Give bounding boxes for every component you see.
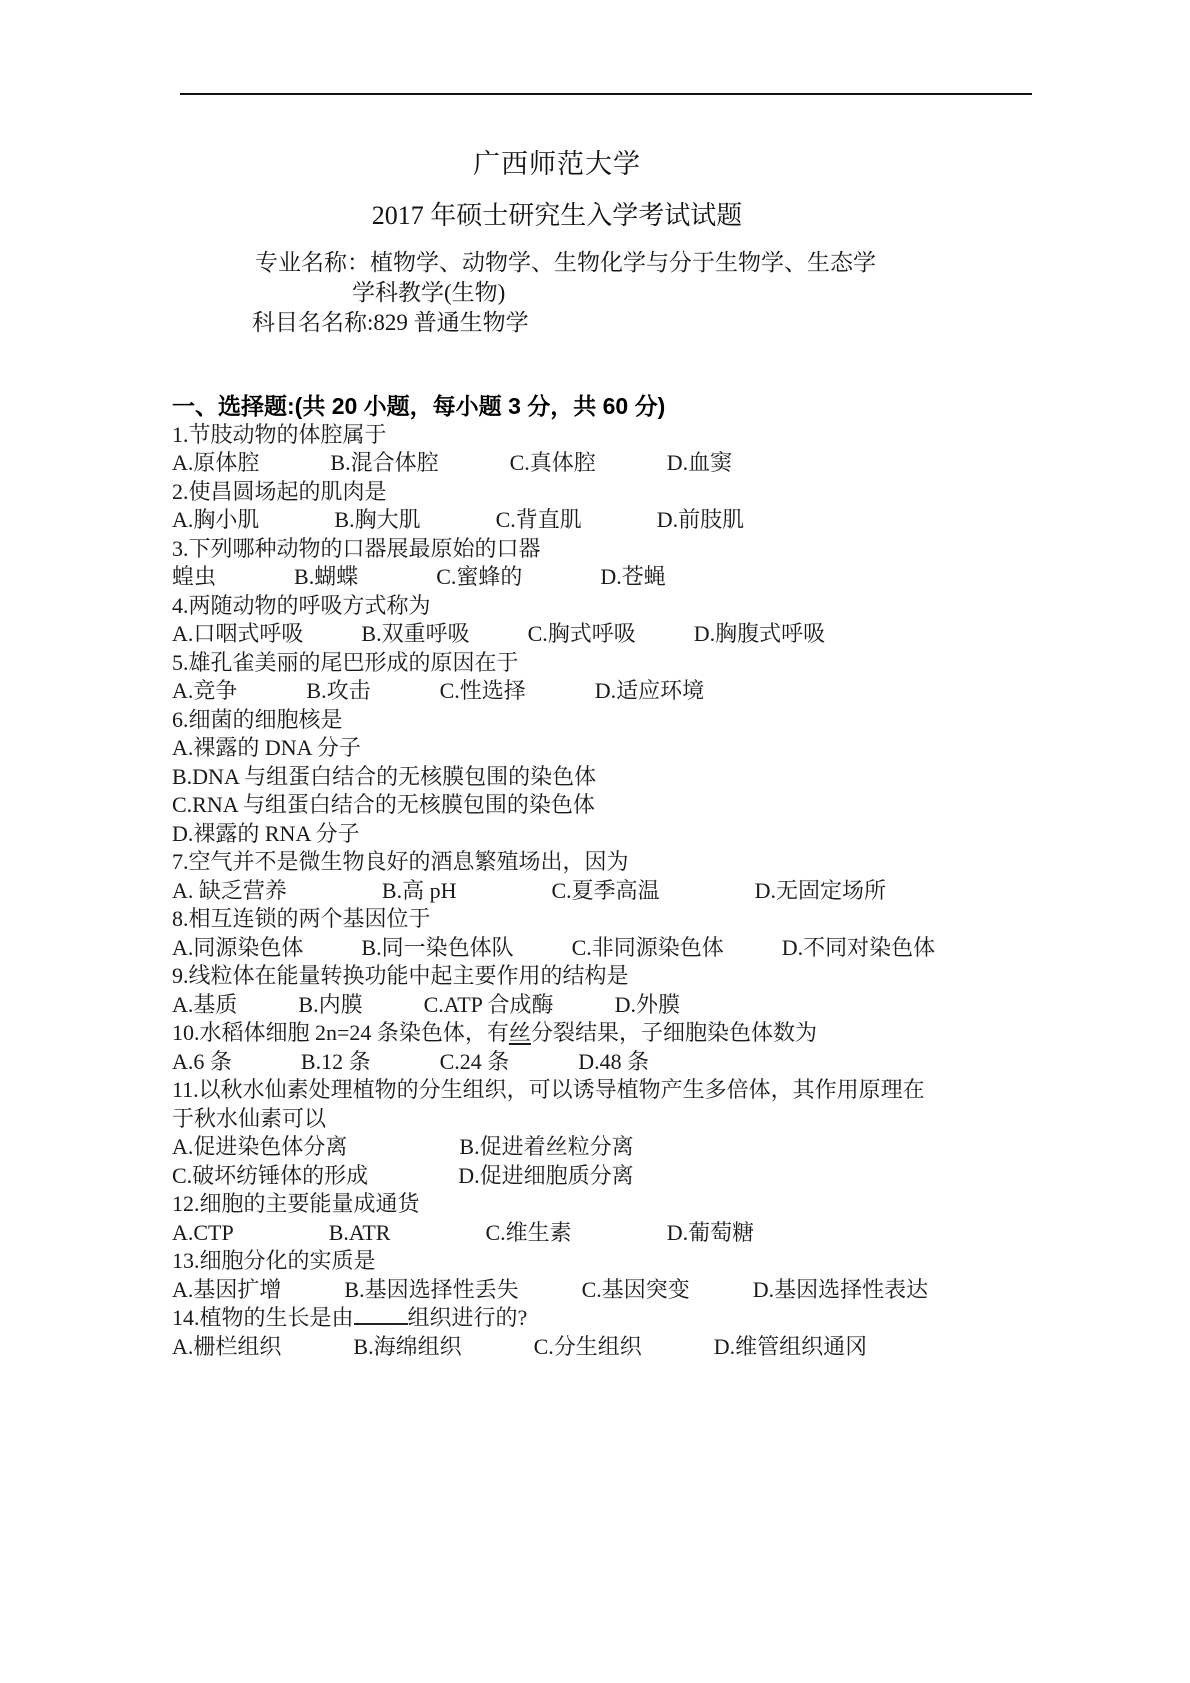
option-label: C.真体腔: [510, 449, 596, 478]
options-line: A.口咽式呼吸B.双重呼吸C.胸式呼吸D.胸腹式呼吸: [172, 620, 1052, 649]
option-label: D.不同对染色体: [782, 934, 935, 963]
question-line: 10.水稻体细胞 2n=24 条染色体，有丝分裂结果，子细胞染色体数为: [172, 1019, 1052, 1048]
question-line: 8.相互连锁的两个基因位于: [172, 905, 1052, 934]
option-label: B.12 条: [301, 1048, 371, 1077]
question-line: C.RNA 与组蛋白结合的无核膜包围的染色体: [172, 791, 1052, 820]
major-line: 专业名称：植物学、动物学、生物化学与分于生物学、生态学: [168, 248, 946, 278]
subject-line: 科目名名称:829 普通生物学: [168, 308, 946, 338]
options-line: A.CTPB.ATRC.维生素D.葡萄糖: [172, 1219, 1052, 1248]
option-label: C.维生素: [486, 1219, 572, 1248]
options-line: A.胸小肌B.胸大肌C.背直肌D.前肢肌: [172, 506, 1052, 535]
section-heading: 一、选择题:(共 20 小题，每小题 3 分，共 60 分): [172, 392, 1052, 421]
options-line: A.促进染色体分离B.促进着丝粒分离: [172, 1133, 1052, 1162]
option-label: D.外膜: [615, 991, 680, 1020]
option-label: B.胸大肌: [334, 506, 420, 535]
question-line: 12.细胞的主要能量成通货: [172, 1190, 1052, 1219]
option-label: C.破坏纺锤体的形成: [172, 1162, 368, 1191]
question-text-segment: 分裂结果，子细胞染色体数为: [531, 1020, 817, 1045]
option-label: B.同一染色体队: [361, 934, 513, 963]
option-label: D.48 条: [578, 1048, 649, 1077]
option-label: A.基质: [172, 991, 237, 1020]
option-label: B.内膜: [298, 991, 362, 1020]
question-line: 13.细胞分化的实质是: [172, 1247, 1052, 1276]
option-label: A.胸小肌: [172, 506, 259, 535]
option-label: C.性选择: [440, 677, 526, 706]
option-label: C.ATP 合成酶: [424, 991, 554, 1020]
question-text-segment: 10.水稻体细胞 2n=24 条染色体，有: [172, 1020, 509, 1045]
option-label: A.基因扩增: [172, 1276, 281, 1305]
option-label: B.蝴蝶: [294, 563, 358, 592]
question-text-segment: 组织进行的?: [408, 1305, 528, 1330]
options-line: A.基质B.内膜C.ATP 合成酶D.外膜: [172, 991, 1052, 1020]
question-line: 6.细菌的细胞核是: [172, 706, 1052, 735]
question-line: B.DNA 与组蛋白结合的无核膜包围的染色体: [172, 763, 1052, 792]
options-line: C.破坏纺锤体的形成D.促进细胞质分离: [172, 1162, 1052, 1191]
question-line: 2.使昌圆场起的肌肉是: [172, 478, 1052, 507]
option-label: B.攻击: [306, 677, 370, 706]
university-title: 广西师范大学: [168, 146, 946, 182]
option-label: D.基因选择性表达: [753, 1276, 928, 1305]
option-label: D.前肢肌: [657, 506, 744, 535]
option-label: C.基因突变: [582, 1276, 690, 1305]
option-label: B.海绵组织: [353, 1333, 461, 1362]
header-rule: [180, 93, 1032, 95]
option-label: D.无固定场所: [755, 877, 886, 906]
options-line: A.6 条B.12 条C.24 条D.48 条: [172, 1048, 1052, 1077]
option-label: D.适应环境: [595, 677, 704, 706]
option-label: A.竞争: [172, 677, 237, 706]
option-label: B.ATR: [329, 1219, 391, 1248]
options-line: A.同源染色体B.同一染色体队C.非同源染色体D.不同对染色体: [172, 934, 1052, 963]
option-label: C.24 条: [440, 1048, 510, 1077]
question-line: 7.空气并不是微生物良好的酒息繁殖场出，因为: [172, 848, 1052, 877]
question-line: 9.线粒体在能量转换功能中起主要作用的结构是: [172, 962, 1052, 991]
option-label: A.原体腔: [172, 449, 259, 478]
option-label: D.促进细胞质分离: [458, 1162, 633, 1191]
option-label: C.背直肌: [496, 506, 582, 535]
option-label: B.促进着丝粒分离: [459, 1133, 633, 1162]
option-label: C.非同源染色体: [572, 934, 724, 963]
option-label: C.夏季高温: [551, 877, 659, 906]
option-label: D.血窦: [667, 449, 732, 478]
question-line: 于秋水仙素可以: [172, 1105, 1052, 1134]
major-line-continued: 学科教学(生物): [168, 278, 946, 308]
question-line: D.裸露的 RNA 分子: [172, 820, 1052, 849]
option-label: B.混合体腔: [330, 449, 438, 478]
option-label: C.胸式呼吸: [528, 620, 636, 649]
option-label: A.6 条: [172, 1048, 232, 1077]
exam-header: 广西师范大学 2017 年硕士研究生入学考试试题 专业名称：植物学、动物学、生物…: [168, 146, 946, 338]
option-label: A.CTP: [172, 1219, 234, 1248]
options-line: A.基因扩增B.基因选择性丢失C.基因突变D.基因选择性表达: [172, 1276, 1052, 1305]
option-label: B.基因选择性丢失: [344, 1276, 518, 1305]
option-label: D.葡萄糖: [667, 1219, 754, 1248]
options-line: A.竞争B.攻击C.性选择D.适应环境: [172, 677, 1052, 706]
option-label: A.促进染色体分离: [172, 1133, 347, 1162]
options-line: A. 缺乏营养B.高 pHC.夏季高温D.无固定场所: [172, 877, 1052, 906]
option-label: A. 缺乏营养: [172, 877, 287, 906]
question-line: 1.节肢动物的体腔属于: [172, 421, 1052, 450]
question-line: 3.下列哪种动物的口器展最原始的口器: [172, 535, 1052, 564]
question-line: A.裸露的 DNA 分子: [172, 734, 1052, 763]
options-line: 蝗虫B.蝴蝶C.蜜蜂的D.苍蝇: [172, 563, 1052, 592]
option-label: D.胸腹式呼吸: [694, 620, 825, 649]
question-line: 14.植物的生长是由组织进行的?: [172, 1304, 1052, 1333]
exam-page: 广西师范大学 2017 年硕士研究生入学考试试题 专业名称：植物学、动物学、生物…: [0, 0, 1190, 1683]
option-label: C.分生组织: [534, 1333, 642, 1362]
option-label: 蝗虫: [172, 563, 216, 592]
question-line: 11.以秋水仙素处理植物的分生组织，可以诱导植物产生多倍体，其作用原理在: [172, 1076, 1052, 1105]
option-label: D.苍蝇: [600, 563, 665, 592]
fill-in-blank: [354, 1321, 408, 1325]
option-label: C.蜜蜂的: [436, 563, 522, 592]
question-text-segment: 14.植物的生长是由: [172, 1305, 354, 1330]
question-list: 一、选择题:(共 20 小题，每小题 3 分，共 60 分)1.节肢动物的体腔属…: [172, 392, 1052, 1361]
options-line: A.原体腔B.混合体腔C.真体腔D.血窦: [172, 449, 1052, 478]
option-label: B.双重呼吸: [361, 620, 469, 649]
exam-title: 2017 年硕士研究生入学考试试题: [168, 198, 946, 234]
question-text-segment: 丝: [509, 1020, 531, 1045]
question-line: 5.雄孔雀美丽的尾巴形成的原因在于: [172, 649, 1052, 678]
option-label: A.栅栏组织: [172, 1333, 281, 1362]
options-line: A.栅栏组织B.海绵组织C.分生组织D.维管组织通冈: [172, 1333, 1052, 1362]
question-line: 4.两随动物的呼吸方式称为: [172, 592, 1052, 621]
option-label: A.同源染色体: [172, 934, 303, 963]
option-label: D.维管组织通冈: [714, 1333, 867, 1362]
option-label: B.高 pH: [382, 877, 457, 906]
option-label: A.口咽式呼吸: [172, 620, 303, 649]
